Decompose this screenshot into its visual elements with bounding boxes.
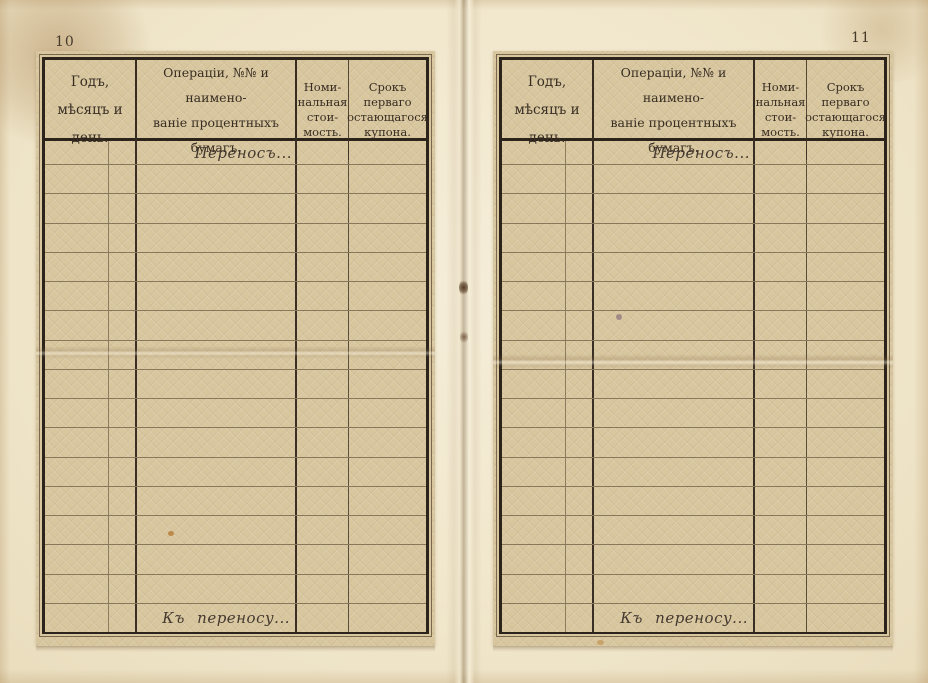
cell-nominal-value	[755, 487, 807, 515]
cell-month-day	[109, 428, 137, 456]
paper-edge-right	[914, 0, 928, 683]
cell-year	[45, 165, 109, 193]
table-row	[502, 311, 884, 340]
cell-year	[45, 311, 109, 339]
cell-nominal-value	[755, 428, 807, 456]
table-row	[45, 311, 426, 340]
cell-year	[45, 545, 109, 573]
cell-nominal-value	[755, 516, 807, 544]
cell-month-day	[109, 224, 137, 252]
cell-month-day	[109, 545, 137, 573]
cell-nominal-value	[297, 194, 349, 222]
cell-month-day	[566, 370, 594, 398]
cell-coupon-term	[807, 487, 884, 515]
cell-operations	[137, 224, 297, 252]
table-row	[502, 516, 884, 545]
cell-coupon-term	[349, 224, 426, 252]
cell-month-day	[566, 516, 594, 544]
table-row	[502, 224, 884, 253]
cell-coupon-term	[349, 575, 426, 603]
cell-month-day	[109, 165, 137, 193]
cell-nominal-value	[755, 545, 807, 573]
cell-nominal-value	[297, 516, 349, 544]
cell-coupon-term	[807, 604, 884, 632]
cell-month-day	[109, 458, 137, 486]
cell-coupon-term	[807, 141, 884, 164]
cell-year	[45, 224, 109, 252]
cell-month-day	[566, 458, 594, 486]
cell-month-day	[566, 311, 594, 339]
cell-operations	[137, 545, 297, 573]
cell-operations	[137, 428, 297, 456]
cell-operations	[594, 487, 755, 515]
cell-coupon-term	[349, 545, 426, 573]
cell-coupon-term	[349, 428, 426, 456]
cell-operations	[594, 194, 755, 222]
carry-forward-bottom-label: Къ переносу...	[137, 604, 297, 632]
cell-coupon-term	[349, 194, 426, 222]
table-row	[45, 253, 426, 282]
cell-year	[502, 194, 566, 222]
cell-operations	[137, 165, 297, 193]
cell-nominal-value	[297, 311, 349, 339]
cell-coupon-term	[349, 370, 426, 398]
cell-nominal-value	[297, 165, 349, 193]
cell-coupon-term	[349, 487, 426, 515]
cell-year	[45, 516, 109, 544]
cell-coupon-term	[807, 224, 884, 252]
cell-nominal-value	[297, 428, 349, 456]
ink-spot	[616, 314, 622, 320]
cell-month-day	[566, 141, 594, 164]
table-body: Переносъ...Къ переносу...	[45, 141, 426, 632]
cell-nominal-value	[297, 575, 349, 603]
cell-coupon-term	[349, 141, 426, 164]
cell-nominal-value	[755, 399, 807, 427]
sheet-bottom-shadow	[36, 646, 435, 652]
table-row	[45, 370, 426, 399]
cell-nominal-value	[297, 458, 349, 486]
cell-nominal-value	[755, 282, 807, 310]
table-header-row: Годъ, мѣсяцъ и день. Операціи, №№ и наим…	[502, 60, 884, 141]
table-row: Переносъ...	[45, 141, 426, 165]
table-row	[45, 458, 426, 487]
page-number-left: 10	[55, 34, 75, 50]
cell-coupon-term	[807, 311, 884, 339]
table-row	[45, 194, 426, 223]
cell-coupon-term	[807, 545, 884, 573]
cell-month-day	[566, 253, 594, 281]
table-row	[45, 224, 426, 253]
cell-nominal-value	[297, 399, 349, 427]
cell-nominal-value	[755, 253, 807, 281]
carry-forward-top-label: Переносъ...	[594, 141, 755, 164]
cell-coupon-term	[349, 253, 426, 281]
cell-year	[45, 399, 109, 427]
cell-operations	[594, 282, 755, 310]
cell-year	[502, 516, 566, 544]
cell-nominal-value	[755, 165, 807, 193]
cell-year	[502, 399, 566, 427]
table-row	[45, 487, 426, 516]
cell-coupon-term	[807, 282, 884, 310]
cell-nominal-value	[755, 458, 807, 486]
cell-operations	[594, 399, 755, 427]
cell-nominal-value	[297, 224, 349, 252]
table-row: Къ переносу...	[45, 604, 426, 632]
cell-nominal-value	[297, 487, 349, 515]
cell-year	[502, 141, 566, 164]
cell-month-day	[109, 370, 137, 398]
cell-month-day	[109, 516, 137, 544]
cell-coupon-term	[349, 604, 426, 632]
binding-stitch-hole	[460, 330, 468, 344]
cell-coupon-term	[349, 311, 426, 339]
carry-forward-top-label: Переносъ...	[137, 141, 297, 164]
cell-coupon-term	[807, 399, 884, 427]
table-row	[502, 165, 884, 194]
securities-table-right: Годъ, мѣсяцъ и день. Операціи, №№ и наим…	[499, 57, 887, 634]
cell-nominal-value	[755, 575, 807, 603]
cell-year	[45, 370, 109, 398]
cell-nominal-value	[297, 282, 349, 310]
rust-spot	[597, 640, 604, 645]
cell-coupon-term	[807, 370, 884, 398]
cell-coupon-term	[807, 194, 884, 222]
cell-year	[502, 165, 566, 193]
cell-nominal-value	[755, 370, 807, 398]
cell-year	[502, 282, 566, 310]
cell-year	[502, 428, 566, 456]
cell-month-day	[566, 194, 594, 222]
horizontal-crease-left-page	[36, 346, 435, 359]
cell-month-day	[109, 141, 137, 164]
cell-coupon-term	[349, 282, 426, 310]
table-row	[502, 428, 884, 457]
cell-operations	[594, 545, 755, 573]
binding-stitch-hole	[459, 279, 468, 296]
cell-month-day	[566, 604, 594, 632]
table-row	[502, 253, 884, 282]
cell-month-day	[566, 224, 594, 252]
table-row	[502, 575, 884, 604]
cell-month-day	[109, 487, 137, 515]
cell-year	[502, 458, 566, 486]
cell-nominal-value	[297, 253, 349, 281]
cell-month-day	[109, 604, 137, 632]
cell-coupon-term	[349, 458, 426, 486]
cell-nominal-value	[755, 224, 807, 252]
cell-year	[502, 224, 566, 252]
cell-month-day	[109, 253, 137, 281]
cell-month-day	[109, 282, 137, 310]
cell-nominal-value	[755, 194, 807, 222]
cell-month-day	[566, 545, 594, 573]
cell-nominal-value	[297, 141, 349, 164]
cell-year	[45, 253, 109, 281]
cell-month-day	[566, 575, 594, 603]
cell-year	[45, 141, 109, 164]
table-row: Переносъ...	[502, 141, 884, 165]
cell-operations	[594, 575, 755, 603]
cell-year	[45, 194, 109, 222]
cell-nominal-value	[755, 311, 807, 339]
rust-spot	[168, 531, 174, 536]
table-row	[502, 194, 884, 223]
cell-year	[45, 428, 109, 456]
cell-operations	[594, 224, 755, 252]
table-row	[45, 428, 426, 457]
table-row	[502, 458, 884, 487]
cell-year	[502, 370, 566, 398]
paper-edge-left	[0, 0, 10, 683]
table-row	[502, 487, 884, 516]
cell-year	[502, 604, 566, 632]
table-row	[45, 545, 426, 574]
cell-month-day	[109, 399, 137, 427]
cell-year	[502, 487, 566, 515]
cell-operations	[137, 194, 297, 222]
cell-operations	[594, 428, 755, 456]
cell-coupon-term	[349, 516, 426, 544]
cell-coupon-term	[349, 399, 426, 427]
cell-coupon-term	[807, 253, 884, 281]
table-row	[45, 399, 426, 428]
table-row	[45, 575, 426, 604]
cell-operations	[137, 282, 297, 310]
cell-year	[45, 282, 109, 310]
cell-month-day	[109, 194, 137, 222]
cell-operations	[137, 399, 297, 427]
table-row	[502, 399, 884, 428]
table-row: Къ переносу...	[502, 604, 884, 632]
cell-month-day	[566, 165, 594, 193]
cell-month-day	[566, 428, 594, 456]
cell-nominal-value	[755, 604, 807, 632]
cell-year	[502, 545, 566, 573]
carry-forward-bottom-label: Къ переносу...	[594, 604, 755, 632]
table-row	[502, 282, 884, 311]
cell-year	[45, 487, 109, 515]
page-number-right: 11	[851, 30, 871, 46]
cell-month-day	[566, 282, 594, 310]
table-body: Переносъ...Къ переносу...	[502, 141, 884, 632]
cell-coupon-term	[349, 165, 426, 193]
cell-month-day	[109, 311, 137, 339]
cell-operations	[594, 458, 755, 486]
cell-month-day	[109, 575, 137, 603]
cell-operations	[137, 516, 297, 544]
cell-nominal-value	[755, 141, 807, 164]
cell-operations	[137, 575, 297, 603]
scanned-ledger-spread: { "spread": { "paper_color": "#f1e7cc", …	[0, 0, 928, 683]
cell-year	[45, 575, 109, 603]
cell-coupon-term	[807, 428, 884, 456]
cell-operations	[137, 311, 297, 339]
cell-year	[502, 253, 566, 281]
cell-operations	[137, 458, 297, 486]
cell-coupon-term	[807, 575, 884, 603]
cell-year	[502, 575, 566, 603]
table-row	[45, 516, 426, 545]
cell-year	[45, 604, 109, 632]
cell-nominal-value	[297, 545, 349, 573]
table-row	[45, 282, 426, 311]
table-row	[502, 545, 884, 574]
table-header-row: Годъ, мѣсяцъ и день. Операціи, №№ и наим…	[45, 60, 426, 141]
cell-year	[502, 311, 566, 339]
cell-coupon-term	[807, 516, 884, 544]
horizontal-crease-right-page	[493, 354, 893, 369]
cell-year	[45, 458, 109, 486]
cell-operations	[594, 516, 755, 544]
cell-coupon-term	[807, 458, 884, 486]
table-row	[45, 165, 426, 194]
page-right-sheet: Годъ, мѣсяцъ и день. Операціи, №№ и наим…	[493, 51, 893, 646]
cell-nominal-value	[297, 604, 349, 632]
cell-operations	[137, 487, 297, 515]
table-row	[502, 370, 884, 399]
cell-operations	[137, 253, 297, 281]
cell-operations	[594, 165, 755, 193]
sheet-bottom-shadow	[493, 646, 893, 652]
cell-coupon-term	[807, 165, 884, 193]
cell-operations	[137, 370, 297, 398]
cell-month-day	[566, 487, 594, 515]
cell-operations	[594, 253, 755, 281]
cell-nominal-value	[297, 370, 349, 398]
cell-operations	[594, 370, 755, 398]
cell-month-day	[566, 399, 594, 427]
